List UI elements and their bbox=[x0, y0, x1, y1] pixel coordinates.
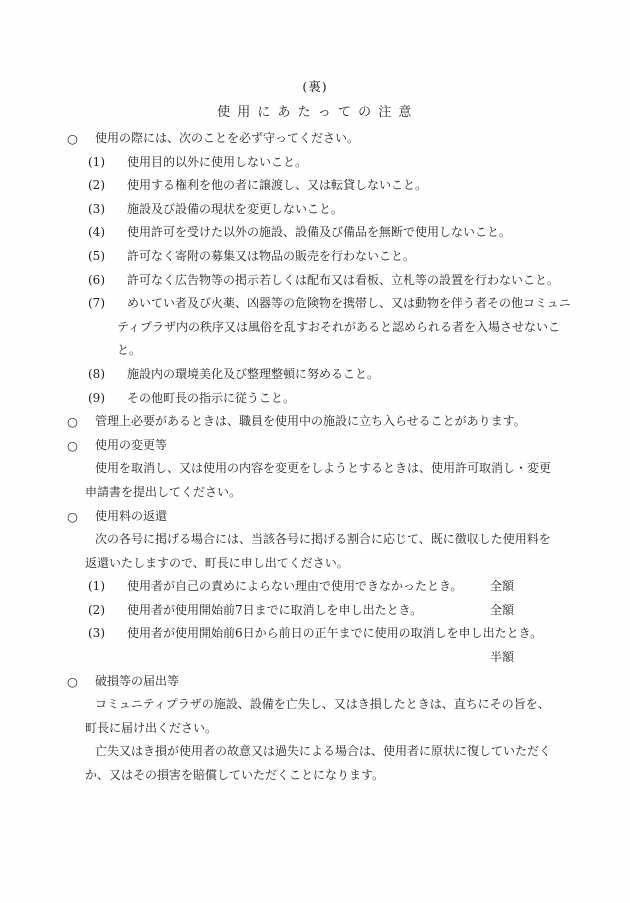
circle-bullet: ○ bbox=[67, 505, 78, 529]
item-number: (3) bbox=[88, 198, 105, 222]
line-text: 次の各号に掲げる場合には、当該各号に掲げる割合に応じて、既に徴収した使用料を bbox=[95, 532, 551, 546]
item-number: (3) bbox=[88, 622, 105, 646]
line-text: 管理上必要があるときは、職員を使用中の施設に立ち入らせることがあります。 bbox=[95, 414, 526, 428]
item-number: (5) bbox=[88, 245, 105, 269]
document-line: ○使用料の返還 bbox=[0, 505, 630, 529]
item-number: (2) bbox=[88, 599, 105, 623]
line-text: 使用を取消し、又は使用の内容を変更をしようとするときは、使用許可取消し・変更 bbox=[95, 461, 551, 475]
line-text: 使用者が自己の責めによらない理由で使用できなかったとき。 bbox=[127, 579, 463, 593]
document-line: 半額 bbox=[0, 646, 630, 670]
line-text: ティプラザ内の秩序又は風俗を乱すおそれがあると認められる者を入場させないこ bbox=[117, 320, 560, 334]
document-line: (1)使用目的以外に使用しないこと。 bbox=[0, 151, 630, 175]
item-number: (4) bbox=[88, 221, 105, 245]
line-text: 町長に届け出ください。 bbox=[85, 721, 217, 735]
line-text: 施設内の環境美化及び整理整頓に努めること。 bbox=[127, 367, 379, 381]
line-text: 使用する権利を他の者に譲渡し、又は転貸しないこと。 bbox=[127, 178, 427, 192]
line-text: 返還いたしますので、町長に申し出てください。 bbox=[85, 556, 349, 570]
document-line: (4)使用許可を受けた以外の施設、設備及び備品を無断で使用しないこと。 bbox=[0, 221, 630, 245]
document-title: 使 用 に あ た っ て の 注 意 bbox=[0, 101, 630, 120]
line-text: コミュニティプラザの施設、設備を亡失し、又はき損したときは、直ちにその旨を、 bbox=[95, 697, 550, 711]
document-line: と。 bbox=[0, 339, 630, 363]
item-number: (1) bbox=[88, 151, 105, 175]
line-text: 施設及び設備の現状を変更しないこと。 bbox=[127, 202, 343, 216]
line-text: 使用者が使用開始前7日までに取消しを申し出たとき。 bbox=[127, 603, 422, 617]
item-number: (1) bbox=[88, 575, 105, 599]
document-line: 申請書を提出してください。 bbox=[0, 481, 630, 505]
document-line: (8)施設内の環境美化及び整理整頓に努めること。 bbox=[0, 363, 630, 387]
document-line: (1)使用者が自己の責めによらない理由で使用できなかったとき。全額 bbox=[0, 575, 630, 599]
item-number: (6) bbox=[88, 269, 105, 293]
item-number: (7) bbox=[88, 292, 105, 316]
document-line: か、又はその損害を賠償していただくことになります。 bbox=[0, 764, 630, 788]
refund-amount: 全額 bbox=[490, 599, 514, 623]
line-text: その他町長の指示に従うこと。 bbox=[127, 391, 295, 405]
document-line: ○使用の変更等 bbox=[0, 434, 630, 458]
line-text: 使用の変更等 bbox=[95, 438, 167, 452]
document-lines: ○使用の際には、次のことを必ず守ってください。(1)使用目的以外に使用しないこと… bbox=[0, 127, 630, 788]
document-line: (6)許可なく広告物等の掲示若しくは配布又は看板、立札等の設置を行わないこと。 bbox=[0, 269, 630, 293]
document-line: 次の各号に掲げる場合には、当該各号に掲げる割合に応じて、既に徴収した使用料を bbox=[0, 528, 630, 552]
refund-amount: 全額 bbox=[490, 575, 514, 599]
document-line: 使用を取消し、又は使用の内容を変更をしようとするときは、使用許可取消し・変更 bbox=[0, 457, 630, 481]
document-line: ○破損等の届出等 bbox=[0, 670, 630, 694]
document-line: ○管理上必要があるときは、職員を使用中の施設に立ち入らせることがあります。 bbox=[0, 410, 630, 434]
document-line: 返還いたしますので、町長に申し出てください。 bbox=[0, 552, 630, 576]
line-text: めいてい者及び火薬、凶器等の危険物を携帯し、又は動物を伴う者その他コミュニ bbox=[127, 296, 571, 310]
document-page: (裏) 使 用 に あ た っ て の 注 意 ○使用の際には、次のことを必ず守… bbox=[0, 0, 630, 903]
item-number: (8) bbox=[88, 363, 105, 387]
page-side-label: (裏) bbox=[0, 77, 630, 95]
document-line: 亡失又はき損が使用者の故意又は過失による場合は、使用者に原状に復していただく bbox=[0, 740, 630, 764]
line-text: 使用の際には、次のことを必ず守ってください。 bbox=[95, 131, 359, 145]
line-text: 許可なく寄附の募集又は物品の販売を行わないこと。 bbox=[127, 249, 415, 263]
document-line: (2)使用者が使用開始前7日までに取消しを申し出たとき。全額 bbox=[0, 599, 630, 623]
document-line: (3)施設及び設備の現状を変更しないこと。 bbox=[0, 198, 630, 222]
item-number: (2) bbox=[88, 174, 105, 198]
document-line: (5)許可なく寄附の募集又は物品の販売を行わないこと。 bbox=[0, 245, 630, 269]
line-text: 許可なく広告物等の掲示若しくは配布又は看板、立札等の設置を行わないこと。 bbox=[127, 273, 559, 287]
document-line: 町長に届け出ください。 bbox=[0, 717, 630, 741]
document-line: ○使用の際には、次のことを必ず守ってください。 bbox=[0, 127, 630, 151]
line-text: 使用者が使用開始前6日から前日の正午までに使用の取消しを申し出たとき。 bbox=[127, 626, 542, 640]
line-text: 亡失又はき損が使用者の故意又は過失による場合は、使用者に原状に復していただく bbox=[95, 744, 551, 758]
document-line: (2)使用する権利を他の者に譲渡し、又は転貸しないこと。 bbox=[0, 174, 630, 198]
line-text: か、又はその損害を賠償していただくことになります。 bbox=[85, 768, 384, 782]
circle-bullet: ○ bbox=[67, 410, 78, 434]
line-text: 使用許可を受けた以外の施設、設備及び備品を無断で使用しないこと。 bbox=[127, 225, 511, 239]
document-line: ティプラザ内の秩序又は風俗を乱すおそれがあると認められる者を入場させないこ bbox=[0, 316, 630, 340]
line-text: 使用目的以外に使用しないこと。 bbox=[127, 155, 307, 169]
line-text: と。 bbox=[117, 343, 141, 357]
document-line: (7)めいてい者及び火薬、凶器等の危険物を携帯し、又は動物を伴う者その他コミュニ bbox=[0, 292, 630, 316]
circle-bullet: ○ bbox=[67, 670, 78, 694]
refund-amount: 半額 bbox=[490, 646, 514, 670]
line-text: 申請書を提出してください。 bbox=[85, 485, 241, 499]
item-number: (9) bbox=[88, 387, 105, 411]
circle-bullet: ○ bbox=[67, 434, 78, 458]
line-text: 破損等の届出等 bbox=[95, 674, 179, 688]
document-line: コミュニティプラザの施設、設備を亡失し、又はき損したときは、直ちにその旨を、 bbox=[0, 693, 630, 717]
circle-bullet: ○ bbox=[67, 127, 78, 151]
line-text: 使用料の返還 bbox=[95, 509, 167, 523]
document-line: (3)使用者が使用開始前6日から前日の正午までに使用の取消しを申し出たとき。 bbox=[0, 622, 630, 646]
document-line: (9)その他町長の指示に従うこと。 bbox=[0, 387, 630, 411]
